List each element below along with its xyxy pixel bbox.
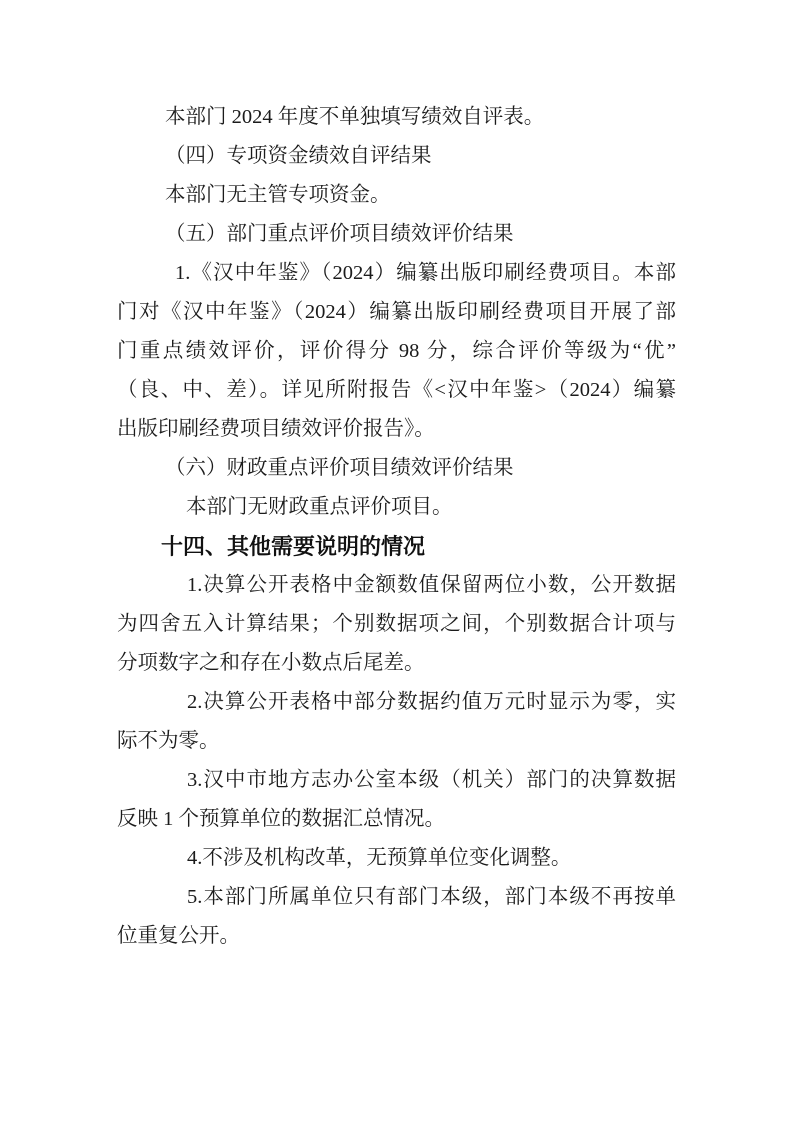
- text-line: 际不为零。: [117, 722, 676, 761]
- text-line: 3.汉中市地方志办公室本级（机关）部门的决算数据: [117, 761, 676, 800]
- paragraph: （五）部门重点评价项目绩效评价结果: [117, 215, 676, 254]
- text-line: 本部门 2024 年度不单独填写绩效自评表。: [117, 98, 676, 137]
- text-line: 门重点绩效评价，评价得分 98 分，综合评价等级为“优”: [117, 332, 676, 371]
- text-line: 十四、其他需要说明的情况: [117, 527, 676, 566]
- text-line: 为四舍五入计算结果；个别数据项之间，个别数据合计项与: [117, 605, 676, 644]
- document-body: 本部门 2024 年度不单独填写绩效自评表。（四）专项资金绩效自评结果本部门无主…: [117, 98, 676, 956]
- paragraph: 4.不涉及机构改革，无预算单位变化调整。: [117, 839, 676, 878]
- text-line: 1.《汉中年鉴》（2024）编纂出版印刷经费项目。本部: [117, 254, 676, 293]
- paragraph: 本部门无财政重点评价项目。: [117, 488, 676, 527]
- paragraph: 1.《汉中年鉴》（2024）编纂出版印刷经费项目。本部门对《汉中年鉴》（2024…: [117, 254, 676, 449]
- paragraph: 本部门无主管专项资金。: [117, 176, 676, 215]
- text-line: 分项数字之和存在小数点后尾差。: [117, 644, 676, 683]
- paragraph: 1.决算公开表格中金额数值保留两位小数，公开数据为四舍五入计算结果；个别数据项之…: [117, 566, 676, 683]
- paragraph: （四）专项资金绩效自评结果: [117, 137, 676, 176]
- paragraph: 本部门 2024 年度不单独填写绩效自评表。: [117, 98, 676, 137]
- paragraph: 5.本部门所属单位只有部门本级，部门本级不再按单位重复公开。: [117, 878, 676, 956]
- text-line: 本部门无财政重点评价项目。: [117, 488, 676, 527]
- text-line: 出版印刷经费项目绩效评价报告》。: [117, 410, 676, 449]
- text-line: 4.不涉及机构改革，无预算单位变化调整。: [117, 839, 676, 878]
- text-line: 反映 1 个预算单位的数据汇总情况。: [117, 800, 676, 839]
- text-line: （四）专项资金绩效自评结果: [117, 137, 676, 176]
- text-line: （良、中、差）。详见所附报告《<汉中年鉴>（2024）编纂: [117, 371, 676, 410]
- text-line: 门对《汉中年鉴》（2024）编纂出版印刷经费项目开展了部: [117, 293, 676, 332]
- text-line: （五）部门重点评价项目绩效评价结果: [117, 215, 676, 254]
- text-line: 1.决算公开表格中金额数值保留两位小数，公开数据: [117, 566, 676, 605]
- text-line: （六）财政重点评价项目绩效评价结果: [117, 449, 676, 488]
- text-line: 5.本部门所属单位只有部门本级，部门本级不再按单: [117, 878, 676, 917]
- paragraph: 2.决算公开表格中部分数据约值万元时显示为零，实际不为零。: [117, 683, 676, 761]
- paragraph: （六）财政重点评价项目绩效评价结果: [117, 449, 676, 488]
- text-line: 2.决算公开表格中部分数据约值万元时显示为零，实: [117, 683, 676, 722]
- section-heading: 十四、其他需要说明的情况: [117, 527, 676, 566]
- text-line: 位重复公开。: [117, 917, 676, 956]
- paragraph: 3.汉中市地方志办公室本级（机关）部门的决算数据反映 1 个预算单位的数据汇总情…: [117, 761, 676, 839]
- text-line: 本部门无主管专项资金。: [117, 176, 676, 215]
- document-page: 本部门 2024 年度不单独填写绩效自评表。（四）专项资金绩效自评结果本部门无主…: [0, 0, 793, 1122]
